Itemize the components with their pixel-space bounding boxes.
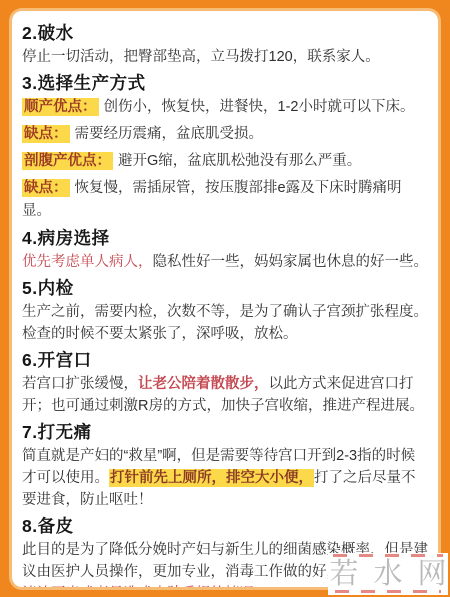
section-water-breaking: 2.破水 停止一切活动，把臀部垫高，立马拨打120，联系家人。 <box>22 22 428 68</box>
content-card: 2.破水 停止一切活动，把臀部垫高，立马拨打120，联系家人。 3.选择生产方式… <box>12 11 438 587</box>
text-run: 恢复慢，需插尿管，按压腹部排e露及下床时腾痛明显。 <box>22 180 402 219</box>
highlight-bold-run: 打针前先上厕所，排空大小便， <box>109 469 314 487</box>
highlight-label: 缺点： <box>22 125 70 143</box>
watermark-dashes-top <box>333 554 443 557</box>
section-cervix-dilation: 6.开宫口 若宫口扩张缓慢，让老公陪着散散步，以此方式来促进宫口打开；也可通过刺… <box>22 349 428 417</box>
text-run: 生产之前，需要内检，次数不等，是为了确认子宫颈扩张程度。 <box>22 304 428 320</box>
paragraph: 简直就是产妇的“救星”啊，但是需要等待宫口开到2-3指的时候才可以使用。打针前先… <box>22 445 428 511</box>
text-run: 隐私性好一些，妈妈家属也休息的好一些。 <box>153 254 429 270</box>
text-run: 停止一切活动，把臀部垫高，立马拨打120，联系家人。 <box>22 49 380 65</box>
highlight-label: 剖腹产优点： <box>22 152 113 170</box>
section-internal-exam: 5.内检 生产之前，需要内检，次数不等，是为了确认子宫颈扩张程度。 检查的时候不… <box>22 277 428 345</box>
section-heading: 7.打无痛 <box>22 421 428 443</box>
paragraph: 停止一切活动，把臀部垫高，立马拨打120，联系家人。 <box>22 46 428 68</box>
paragraph: 优先考虑单人病人，隐私性好一些，妈妈家属也休息的好一些。 <box>22 251 428 273</box>
paragraph: 检查的时候不要太紧张了，深呼吸，放松。 <box>22 323 428 345</box>
red-bold-run: 让老公陪着散散步， <box>138 376 269 392</box>
section-epidural: 7.打无痛 简直就是产妇的“救星”啊，但是需要等待宫口开到2-3指的时候才可以使… <box>22 421 428 511</box>
section-ward-choice: 4.病房选择 优先考虑单人病人，隐私性好一些，妈妈家属也休息的好一些。 <box>22 227 428 273</box>
section-heading: 5.内检 <box>22 277 428 299</box>
text-run: 检查的时候不要太紧张了，深呼吸，放松。 <box>22 326 298 342</box>
paragraph: 剖腹产优点：避开G缩，盆底肌松弛没有那么严重。 <box>22 150 428 173</box>
section-heading: 6.开宫口 <box>22 349 428 371</box>
paragraph: 生产之前，需要内检，次数不等，是为了确认子宫颈扩张程度。 <box>22 301 428 323</box>
section-heading: 2.破水 <box>22 22 428 44</box>
paragraph: 缺点：需要经历震痛，盆底肌受损。 <box>22 123 428 146</box>
section-heading: 8.备皮 <box>22 515 428 537</box>
paragraph: 若宫口扩张缓慢，让老公陪着散散步，以此方式来促进宫口打开；也可通过刺激R房的方式… <box>22 373 428 417</box>
watermark: 若水网 <box>328 553 448 595</box>
red-text-run: 优先考虑单人病人， <box>22 254 153 270</box>
section-heading: 4.病房选择 <box>22 227 428 249</box>
section-heading: 3.选择生产方式 <box>22 72 428 94</box>
section-delivery-method: 3.选择生产方式 顺产优点：创伤小，恢复快，进餐快，1-2小时就可以下床。 缺点… <box>22 72 428 223</box>
paragraph: 缺点：恢复慢，需插尿管，按压腹部排e露及下床时腾痛明显。 <box>22 177 428 223</box>
text-run: 若宫口扩张缓慢， <box>22 376 138 392</box>
text-run: 避开G缩，盆底肌松弛没有那么严重。 <box>118 153 361 169</box>
highlight-label: 缺点： <box>22 179 70 197</box>
note-image: { "page": { "border_color": "#EF861E", "… <box>0 0 450 597</box>
watermark-dashes-bottom <box>335 590 441 593</box>
highlight-label: 顺产优点： <box>22 98 99 116</box>
text-run: 需要经历震痛，盆底肌受损。 <box>75 126 264 142</box>
watermark-text: 若水网 <box>329 559 450 589</box>
text-run: 创伤小，恢复快，进餐快，1-2小时就可以下床。 <box>104 99 415 115</box>
paragraph: 顺产优点：创伤小，恢复快，进餐快，1-2小时就可以下床。 <box>22 96 428 119</box>
